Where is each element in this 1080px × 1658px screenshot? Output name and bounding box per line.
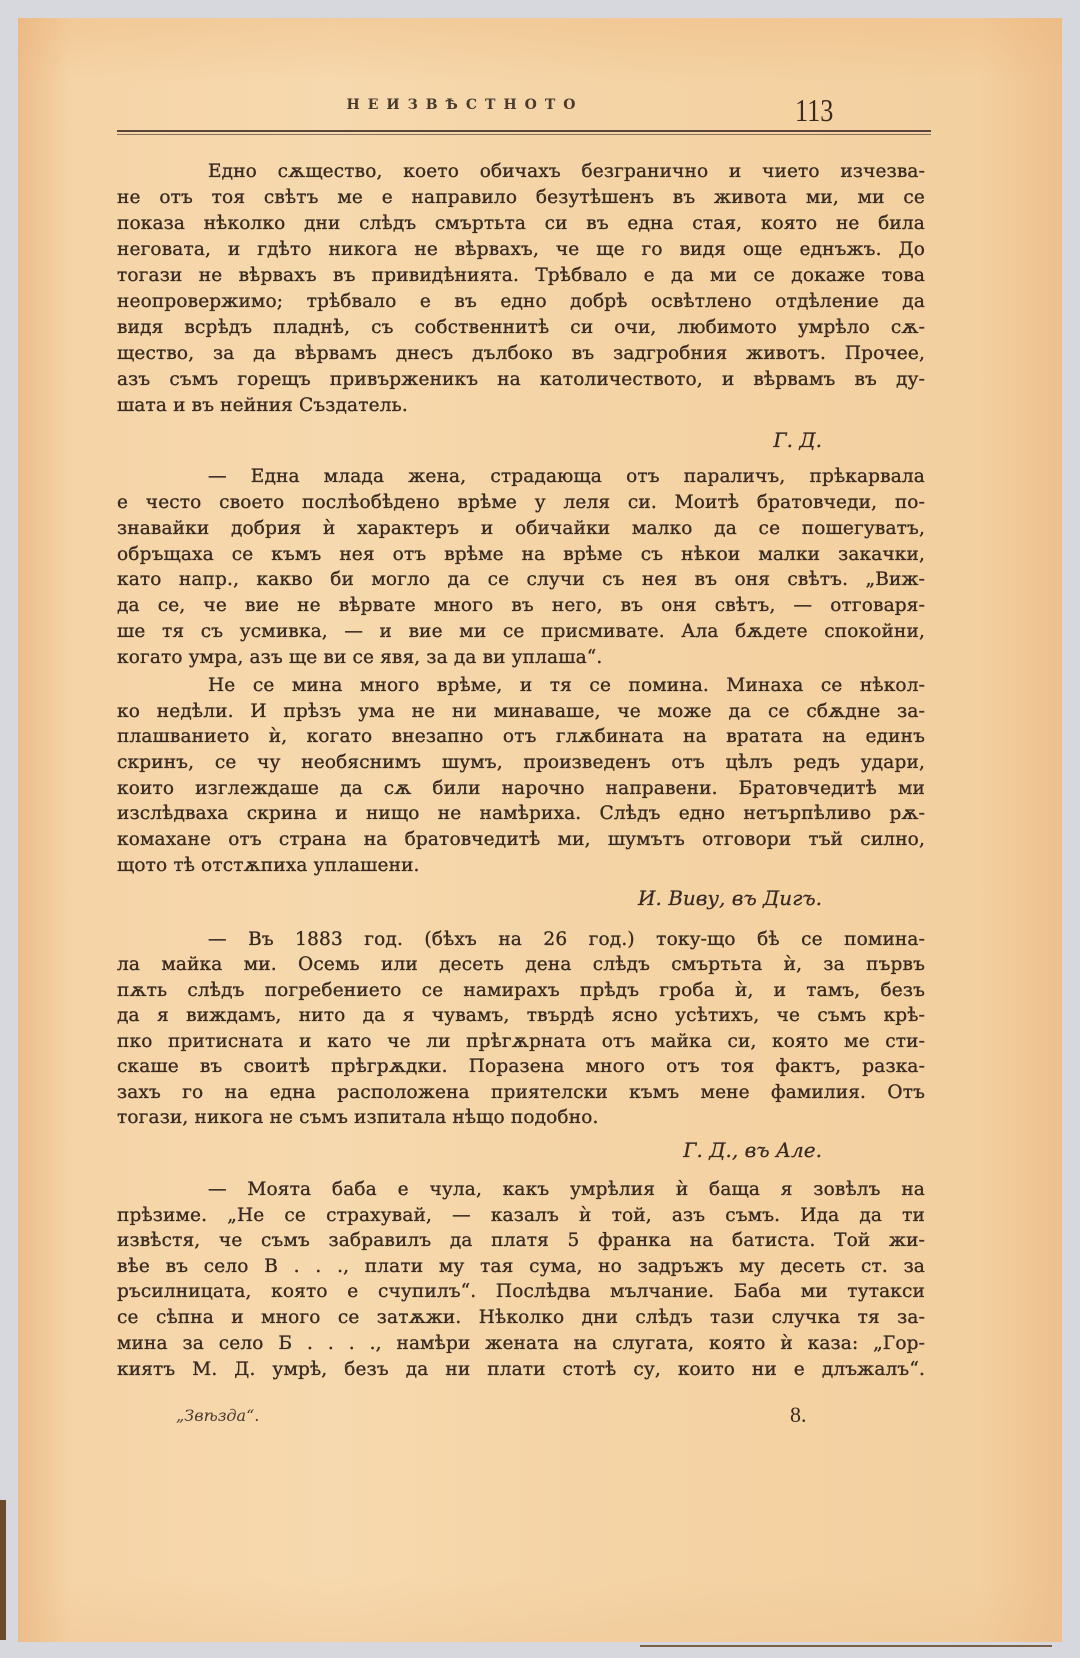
text-line: скаше въ своитѣ прѣгрѫдки. Поразена мног… [117,1054,925,1080]
text-line: е често своето послѣобѣдено врѣме у леля… [117,490,925,516]
text-line: щество, за да вѣрвамъ днесъ дълбоко въ з… [117,341,925,367]
page-number: 113 [795,92,833,129]
text-line: се сѣпна и много се затѫжи. Нѣколко дни … [117,1305,925,1331]
page-edge-shadow [0,1500,6,1640]
text-line: ла майка ми. Осемь или десеть дена слѣдъ… [117,952,925,978]
text-line: пко притисната и като че ли прѣгѫрната о… [117,1029,925,1055]
text-line: ко недѣли. И прѣзъ ума не ни минаваше, ч… [117,699,925,725]
text-line: да се, че вие не вѣрвате много въ него, … [117,593,925,619]
text-line: неговата, и гдѣто никога не вѣрвахъ, че … [117,237,925,263]
footer-sheet-number: 8. [790,1402,807,1428]
text-line: видя всрѣдъ пладнѣ, съ собственнитѣ си о… [117,315,925,341]
text-line: показа нѣколко дни слѣдъ смъртьта си въ … [117,211,925,237]
text-line: захъ го на една расположена приятелски к… [117,1080,925,1106]
text-line: извѣстя, че съмъ забравилъ да платя 5 фр… [117,1228,925,1254]
text-line: — Моята баба е чула, какъ умрѣлия ѝ баща… [117,1177,925,1203]
text-line: киятъ М. Д. умрѣ, безъ да ни плати стотѣ… [117,1357,925,1383]
text-line: ше тя съ усмивка, — и вие ми се присмива… [117,619,925,645]
text-line: пѫть слѣдъ погребението се намирахъ прѣд… [117,978,925,1004]
text-line: скринъ, се чу необяснимъ шумъ, произведе… [117,750,925,776]
text-line: плашванието ѝ, когато внезапно отъ глѫби… [117,724,925,750]
text-line: когато умра, азъ ще ви се явя, за да ви … [117,645,925,671]
footer-signature-mark: „Звѣзда“. [176,1406,259,1425]
text-line: азъ съмъ горещъ привърженикъ на католиче… [117,367,925,393]
text-line: Едно сѫщество, което обичахъ безгранично… [117,159,925,185]
text-line: — Една млада жена, страдающа отъ паралич… [117,464,925,490]
text-line: мина за село Б . . . ., намѣри жената на… [117,1331,925,1357]
text-line: Не се мина много врѣме, и тя се помина. … [117,673,925,699]
text-line: тогази, никога не съмъ изпитала нѣщо под… [117,1105,925,1131]
text-line: които изглеждаше да сѫ били нарочно напр… [117,776,925,802]
text-line: тогази не вѣрвахъ въ привидѣнията. Трѣбв… [117,263,925,289]
text-line: ръсилницата, която е счупилъ“. Послѣдва … [117,1279,925,1305]
text-line: като напр., какво би могло да се случи с… [117,567,925,593]
story-signature: Г. Д., въ Але. [683,1136,822,1164]
text-line: — Въ 1883 год. (бѣхъ на 26 год.) току-що… [117,927,925,953]
text-line: неопровержимо; трѣбвало е въ едно добрѣ … [117,289,925,315]
running-head: НЕИЗВѢСТНОТО [300,97,630,113]
text-line: обръщаха се къмъ нея отъ врѣме на врѣме … [117,542,925,568]
text-line: не отъ тоя свѣтъ ме е направило безутѣше… [117,185,925,211]
text-line: щото тѣ отстѫпиха уплашени. [117,853,925,879]
text-line: шата и въ нейния Създатель. [117,393,925,419]
text-line: да я виждамъ, нито да я чувамъ, твърдѣ я… [117,1003,925,1029]
header-rule-thin [117,134,931,135]
story-signature: Г. Д. [773,426,822,454]
story-signature: И. Виву, въ Дигъ. [638,884,822,912]
text-line: прѣзиме. „Не се страхувай, — казалъ ѝ то… [117,1203,925,1229]
page-bottom-edge [640,1645,1052,1647]
text-line: вѣе въ село В . . ., плати му тая сума, … [117,1254,925,1280]
text-line: комахане отъ страна на братовчедитѣ ми, … [117,827,925,853]
text-line: изслѣдваха скрина и нищо не намѣриха. Сл… [117,801,925,827]
header-rule [117,130,931,132]
text-line: знавайки добрия ѝ характеръ и обичайки м… [117,516,925,542]
